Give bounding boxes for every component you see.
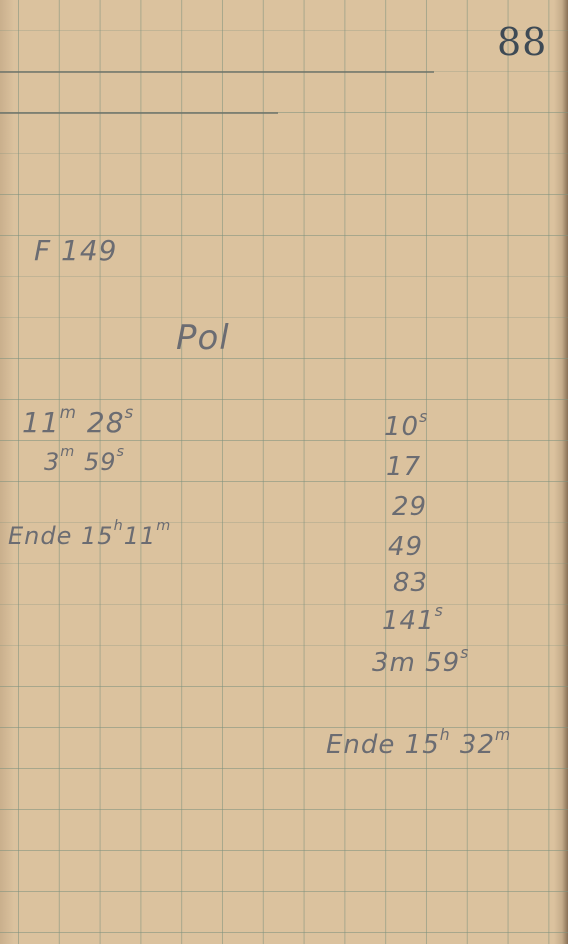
end-minutes: 11 [124,522,157,550]
entry-unit: s [419,408,428,426]
right-column-entry: 17 [386,452,421,482]
time-unit: m [60,402,77,422]
end-hours: 15 [405,730,440,760]
time-unit: m [60,444,75,460]
notebook-page: 88 F 149 Pol 11m 28s 3m 59s Ende 15h11m … [0,0,568,944]
time-unit: s [117,444,126,460]
header-label: F 149 [34,234,117,267]
entry-value: 83 [393,568,428,598]
time-value: 28 [87,406,125,439]
minute-unit: m [156,518,171,534]
entry-value: 3m 59 [372,648,460,678]
entry-unit: s [460,644,469,662]
left-time-entry: 11m 28s [22,406,134,439]
right-column-entry: 83 [393,568,428,598]
ruled-line-second [0,112,278,114]
time-value: 3 [44,448,60,476]
end-hours: 15 [81,522,114,550]
entry-value: 49 [388,532,423,562]
right-column-entry: 3m 59s [372,648,469,678]
hour-unit: h [114,518,124,534]
right-column-entry: 10s [384,412,428,442]
minute-unit: m [495,726,511,744]
time-value: 11 [22,406,60,439]
time-value: 59 [84,448,117,476]
page-number: 88 [497,20,547,64]
end-word: Ende [8,522,72,550]
note-title: Pol [176,318,230,358]
right-column-entry: 141s [382,606,444,636]
end-minutes: 32 [460,730,495,760]
entry-value: 10 [384,412,419,442]
right-column-entry: 29 [392,492,427,522]
right-end-time: Ende 15h 32m [326,730,511,760]
entry-value: 17 [386,452,421,482]
entry-value: 141 [382,606,435,636]
time-unit: s [125,402,135,422]
entry-unit: s [435,602,444,620]
ruled-line-top [0,71,434,73]
right-column-entry: 49 [388,532,423,562]
end-word: Ende [326,730,395,760]
hour-unit: h [440,726,451,744]
left-end-time: Ende 15h11m [8,522,171,550]
left-time-entry: 3m 59s [44,448,125,476]
entry-value: 29 [392,492,427,522]
